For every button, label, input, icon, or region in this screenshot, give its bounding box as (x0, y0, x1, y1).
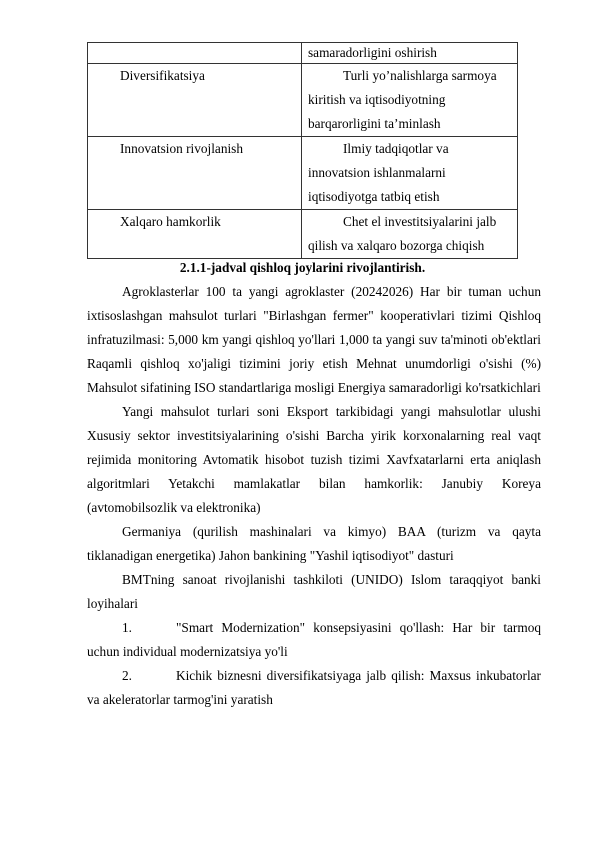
strategy-table: samaradorligini oshirish Diversifikatsiy… (87, 42, 518, 259)
table-row: Xalqaro hamkorlik Chet el investitsiyala… (88, 210, 518, 259)
table-cell-direction: Innovatsion rivojlanish (88, 137, 302, 210)
paragraph: Agroklasterlar 100 ta yangi agroklaster … (87, 280, 541, 400)
table-cell-description: samaradorligini oshirish (302, 43, 518, 64)
cell-text: Ilmiy tadqiqotlar va innovatsion ishlanm… (308, 137, 513, 209)
paragraph: Germaniya (qurilish mashinalari va kimyo… (87, 520, 541, 568)
list-number: 2. (122, 664, 176, 688)
table-cell-direction: Xalqaro hamkorlik (88, 210, 302, 259)
list-item: 1."Smart Modernization" konsepsiyasini q… (87, 616, 541, 664)
table-row: Diversifikatsiya Turli yo’nalishlarga sa… (88, 64, 518, 137)
table-row: samaradorligini oshirish (88, 43, 518, 64)
table-cell-description: Chet el investitsiyalarini jalb qilish v… (302, 210, 518, 259)
cell-text: Turli yo’nalishlarga sarmoya kiritish va… (308, 64, 513, 136)
document-body: Agroklasterlar 100 ta yangi agroklaster … (87, 280, 541, 712)
list-number: 1. (122, 616, 176, 640)
table-cell-direction: Diversifikatsiya (88, 64, 302, 137)
table-caption: 2.1.1-jadval qishloq joylarini rivojlant… (87, 257, 518, 279)
table-row: Innovatsion rivojlanish Ilmiy tadqiqotla… (88, 137, 518, 210)
table-cell-description: Ilmiy tadqiqotlar va innovatsion ishlanm… (302, 137, 518, 210)
paragraph: Yangi mahsulot turlari soni Eksport tark… (87, 400, 541, 520)
table-cell-direction (88, 43, 302, 64)
list-item: 2.Kichik biznesni diversifikatsiyaga jal… (87, 664, 541, 712)
paragraph: BMTning sanoat rivojlanishi tashkiloti (… (87, 568, 541, 616)
table-cell-description: Turli yo’nalishlarga sarmoya kiritish va… (302, 64, 518, 137)
cell-text: Chet el investitsiyalarini jalb qilish v… (308, 210, 513, 258)
